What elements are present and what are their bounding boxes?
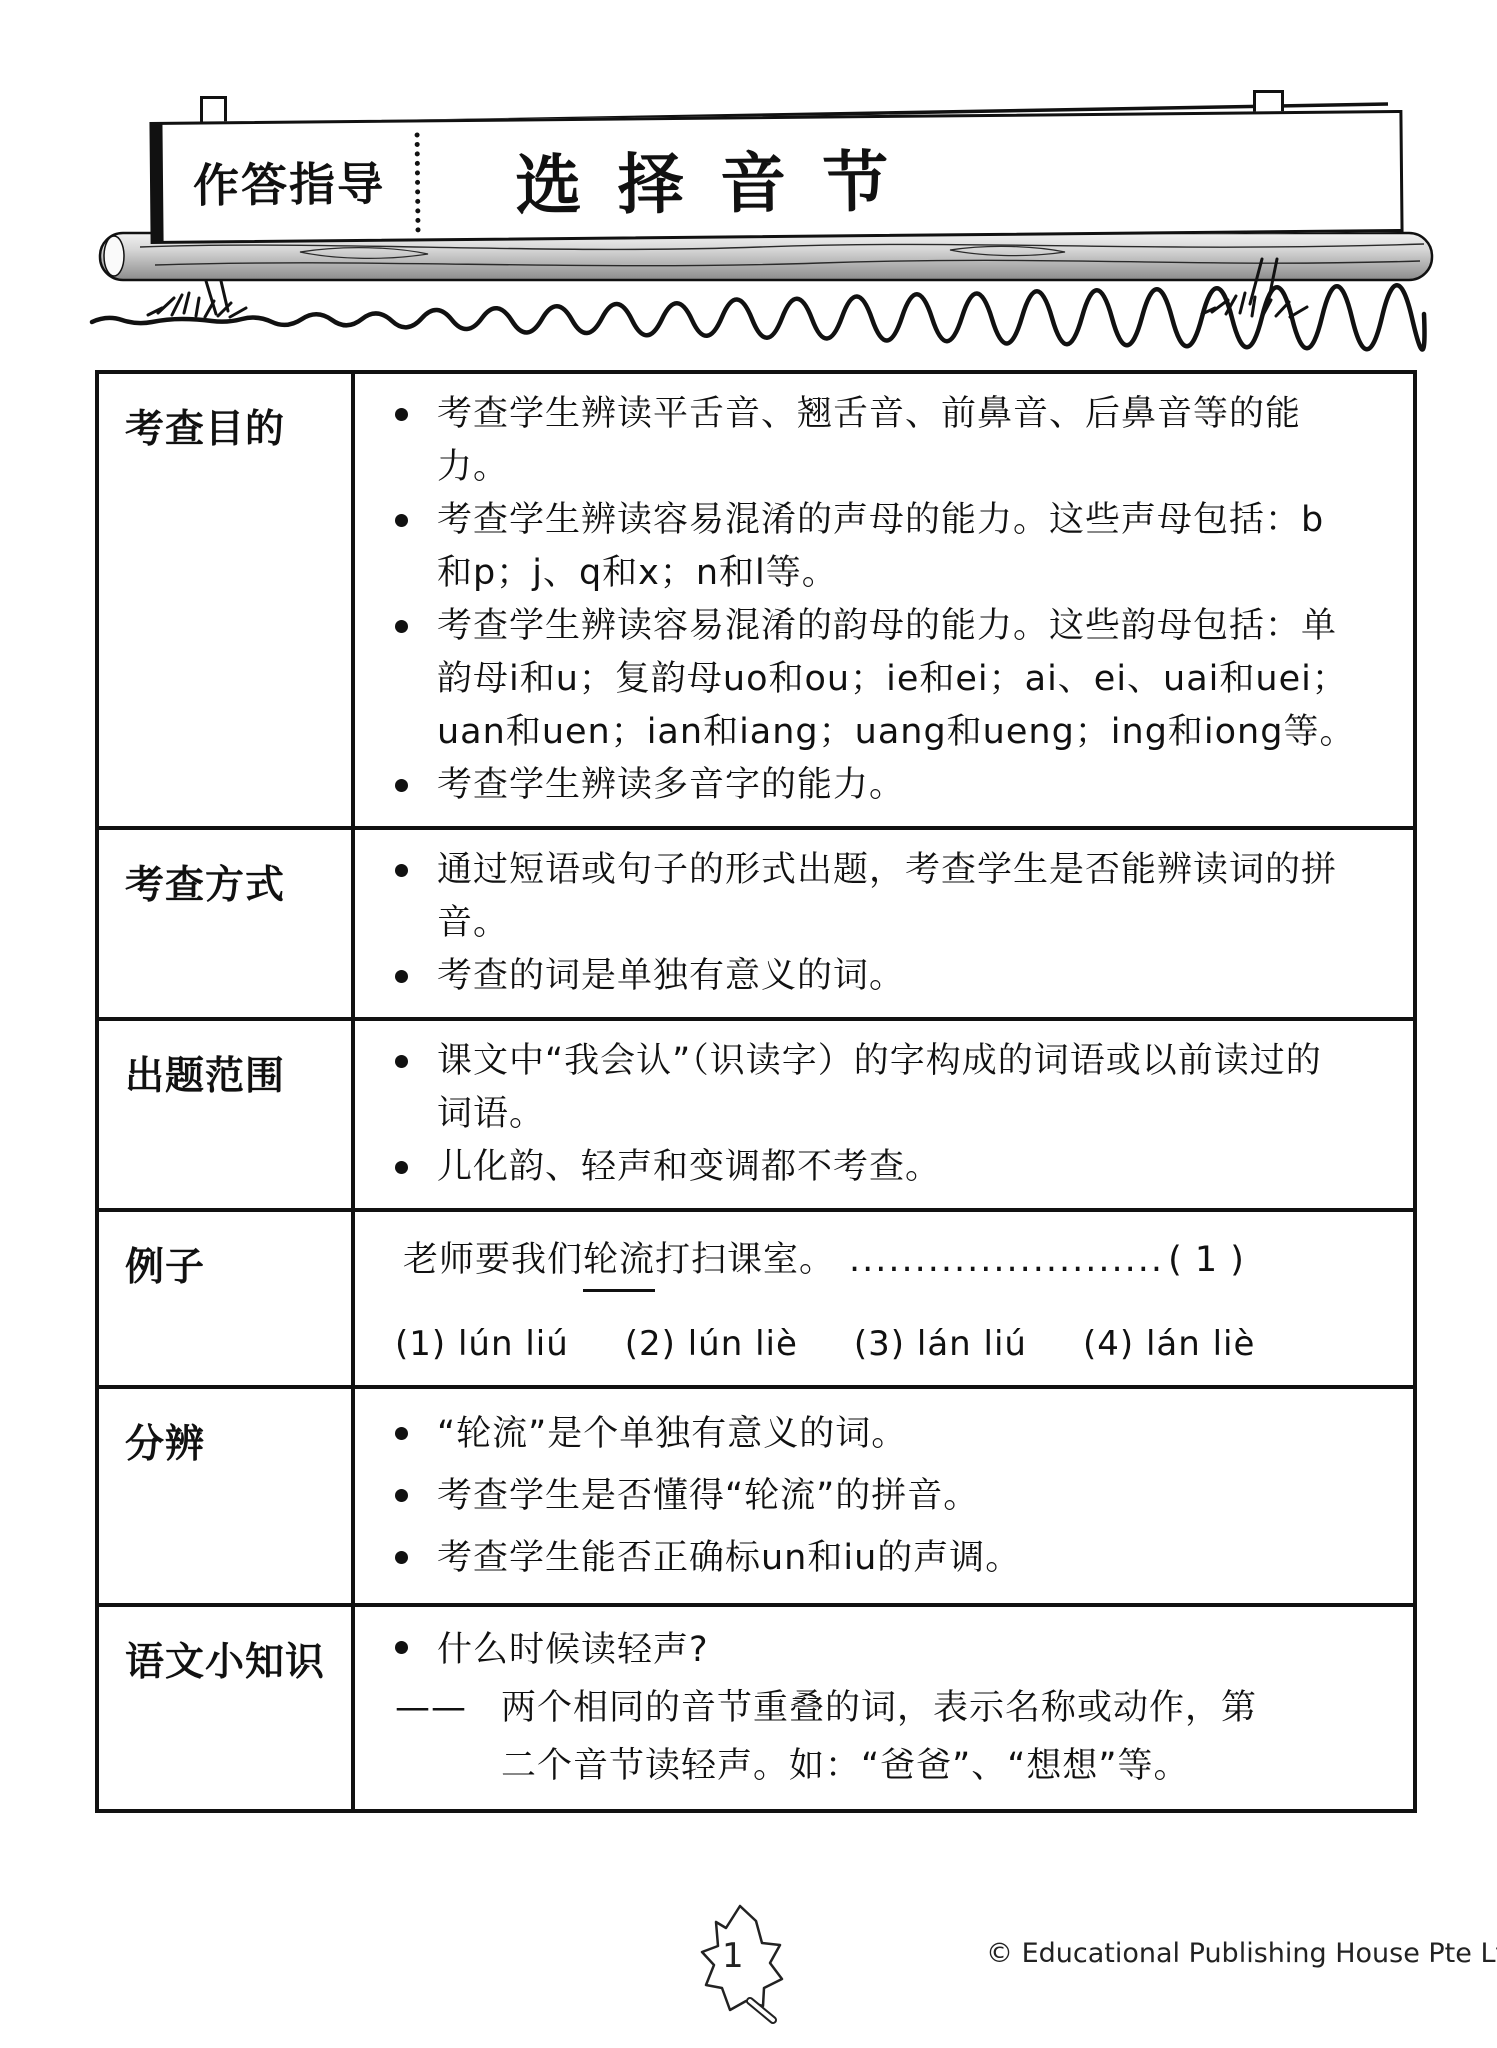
example-prefix: 老师要我们 — [403, 1234, 583, 1287]
row-content: 老师要我们轮流打扫课室。........................( 1 … — [355, 1212, 1413, 1385]
bullet-icon — [395, 1489, 408, 1502]
bullet-text: 考查学生是否懂得“轮流”的拼音。 — [437, 1476, 979, 1516]
bullet-item: 儿化韵、轻声和变调都不考查。 — [389, 1141, 1357, 1194]
row-header: 考查方式 — [99, 830, 355, 1017]
dotted-leader: ........................ — [849, 1234, 1164, 1287]
banner-left-label: 作答指导 — [162, 122, 415, 240]
page-title: 选择音节 — [419, 113, 1400, 238]
bullet-icon — [395, 970, 408, 983]
bullet-item: 考查学生辨读多音字的能力。 — [389, 759, 1357, 812]
bullet-text: 考查学生辨读容易混淆的声母的能力。这些声母包括：b和p；j、q和x；n和l等。 — [437, 500, 1324, 593]
row-header: 分辨 — [99, 1389, 355, 1603]
bullet-text: 考查学生辨读多音字的能力。 — [437, 765, 905, 805]
bullet-item: 考查学生能否正确标un和iu的声调。 — [389, 1527, 1357, 1589]
row-header: 出题范围 — [99, 1021, 355, 1208]
dash-text: 两个相同的音节重叠的词，表示名称或动作，第二个音节读轻声。如：“爸爸”、“想想”… — [501, 1679, 1261, 1795]
bullet-icon — [395, 408, 408, 421]
bullet-item: “轮流”是个单独有意义的词。 — [389, 1403, 1357, 1465]
bullet-text: 儿化韵、轻声和变调都不考查。 — [437, 1147, 941, 1187]
row-content: 什么时候读轻声? —— 两个相同的音节重叠的词，表示名称或动作，第二个音节读轻声… — [355, 1607, 1413, 1809]
option-3: (3) lán liú — [854, 1318, 1027, 1371]
workbook-page: 作答指导 选择音节 考查目的 考查学生辨读平舌音、翘舌音、前鼻音、后鼻音等的能力… — [0, 0, 1497, 2048]
example-suffix: 打扫课室。 — [655, 1234, 835, 1287]
row-exam-purpose: 考查目的 考查学生辨读平舌音、翘舌音、前鼻音、后鼻音等的能力。 考查学生辨读容易… — [99, 374, 1413, 826]
row-header: 考查目的 — [99, 374, 355, 826]
bullet-text: 什么时候读轻声? — [437, 1630, 709, 1670]
example-sentence: 老师要我们轮流打扫课室。........................( 1 … — [389, 1226, 1357, 1292]
row-question-scope: 出题范围 课文中“我会认”（识读字）的字构成的词语或以前读过的词语。 儿化韵、轻… — [99, 1017, 1413, 1208]
example-options: (1) lún liú (2) lún liè (3) lán liú (4) … — [389, 1318, 1357, 1371]
dash-marker: —— — [395, 1679, 501, 1795]
row-content: 通过短语或句子的形式出题，考查学生是否能辨读词的拼音。 考查的词是单独有意义的词… — [355, 830, 1413, 1017]
row-language-tips: 语文小知识 什么时候读轻声? —— 两个相同的音节重叠的词，表示名称或动作，第二… — [99, 1603, 1413, 1809]
bullet-text: 课文中“我会认”（识读字）的字构成的词语或以前读过的词语。 — [437, 1041, 1322, 1134]
copyright-text: © Educational Publishing House Pte Ltd — [986, 1938, 1497, 1969]
bullet-text: 考查学生能否正确标un和iu的声调。 — [437, 1538, 1021, 1578]
bullet-icon — [395, 620, 408, 633]
bullet-item: 考查学生辨读容易混淆的韵母的能力。这些韵母包括：单韵母i和u；复韵母uo和ou；… — [389, 600, 1357, 759]
bullet-icon — [395, 1161, 408, 1174]
option-1: (1) lún liú — [395, 1318, 569, 1371]
bullet-icon — [395, 779, 408, 792]
bullet-item: 考查学生辨读平舌音、翘舌音、前鼻音、后鼻音等的能力。 — [389, 388, 1357, 494]
option-4: (4) lán liè — [1083, 1318, 1255, 1371]
bullet-text: 考查的词是单独有意义的词。 — [437, 956, 905, 996]
bullet-icon — [395, 1055, 408, 1068]
example-underlined-word: 轮流 — [583, 1234, 655, 1292]
bullet-icon — [395, 514, 408, 527]
dash-item: —— 两个相同的音节重叠的词，表示名称或动作，第二个音节读轻声。如：“爸爸”、“… — [389, 1679, 1357, 1795]
row-content: 考查学生辨读平舌音、翘舌音、前鼻音、后鼻音等的能力。 考查学生辨读容易混淆的声母… — [355, 374, 1413, 826]
row-distinguish: 分辨 “轮流”是个单独有意义的词。 考查学生是否懂得“轮流”的拼音。 考查学生能… — [99, 1385, 1413, 1603]
bullet-item: 考查学生是否懂得“轮流”的拼音。 — [389, 1465, 1357, 1527]
title-banner: 作答指导 选择音节 — [149, 110, 1403, 244]
bullet-item: 通过短语或句子的形式出题，考查学生是否能辨读词的拼音。 — [389, 844, 1357, 950]
example-answer: ( 1 ) — [1168, 1234, 1245, 1287]
bullet-text: “轮流”是个单独有意义的词。 — [437, 1414, 907, 1454]
bullet-item: 考查的词是单独有意义的词。 — [389, 950, 1357, 1003]
row-content: “轮流”是个单独有意义的词。 考查学生是否懂得“轮流”的拼音。 考查学生能否正确… — [355, 1389, 1413, 1603]
guidance-table: 考查目的 考查学生辨读平舌音、翘舌音、前鼻音、后鼻音等的能力。 考查学生辨读容易… — [95, 370, 1417, 1813]
ground-line — [92, 285, 1425, 349]
leaf-page-icon — [690, 1900, 800, 2026]
left-post-grass-icon — [148, 281, 246, 317]
row-content: 课文中“我会认”（识读字）的字构成的词语或以前读过的词语。 儿化韵、轻声和变调都… — [355, 1021, 1413, 1208]
bullet-icon — [395, 1551, 408, 1564]
row-example: 例子 老师要我们轮流打扫课室。........................(… — [99, 1208, 1413, 1385]
bullet-text: 考查学生辨读平舌音、翘舌音、前鼻音、后鼻音等的能力。 — [437, 394, 1301, 487]
row-header: 例子 — [99, 1212, 355, 1385]
bullet-icon — [395, 1427, 408, 1440]
bullet-item: 考查学生辨读容易混淆的声母的能力。这些声母包括：b和p；j、q和x；n和l等。 — [389, 494, 1357, 600]
bullet-item: 什么时候读轻声? — [389, 1621, 1357, 1679]
row-header: 语文小知识 — [99, 1607, 355, 1809]
bullet-text: 考查学生辨读容易混淆的韵母的能力。这些韵母包括：单韵母i和u；复韵母uo和ou；… — [437, 606, 1355, 752]
page-number: 1 — [722, 1936, 744, 1976]
bullet-icon — [395, 1641, 408, 1654]
option-2: (2) lún liè — [625, 1318, 798, 1371]
bullet-icon — [395, 864, 408, 877]
bullet-item: 课文中“我会认”（识读字）的字构成的词语或以前读过的词语。 — [389, 1035, 1357, 1141]
row-exam-method: 考查方式 通过短语或句子的形式出题，考查学生是否能辨读词的拼音。 考查的词是单独… — [99, 826, 1413, 1017]
bullet-text: 通过短语或句子的形式出题，考查学生是否能辨读词的拼音。 — [437, 850, 1337, 943]
